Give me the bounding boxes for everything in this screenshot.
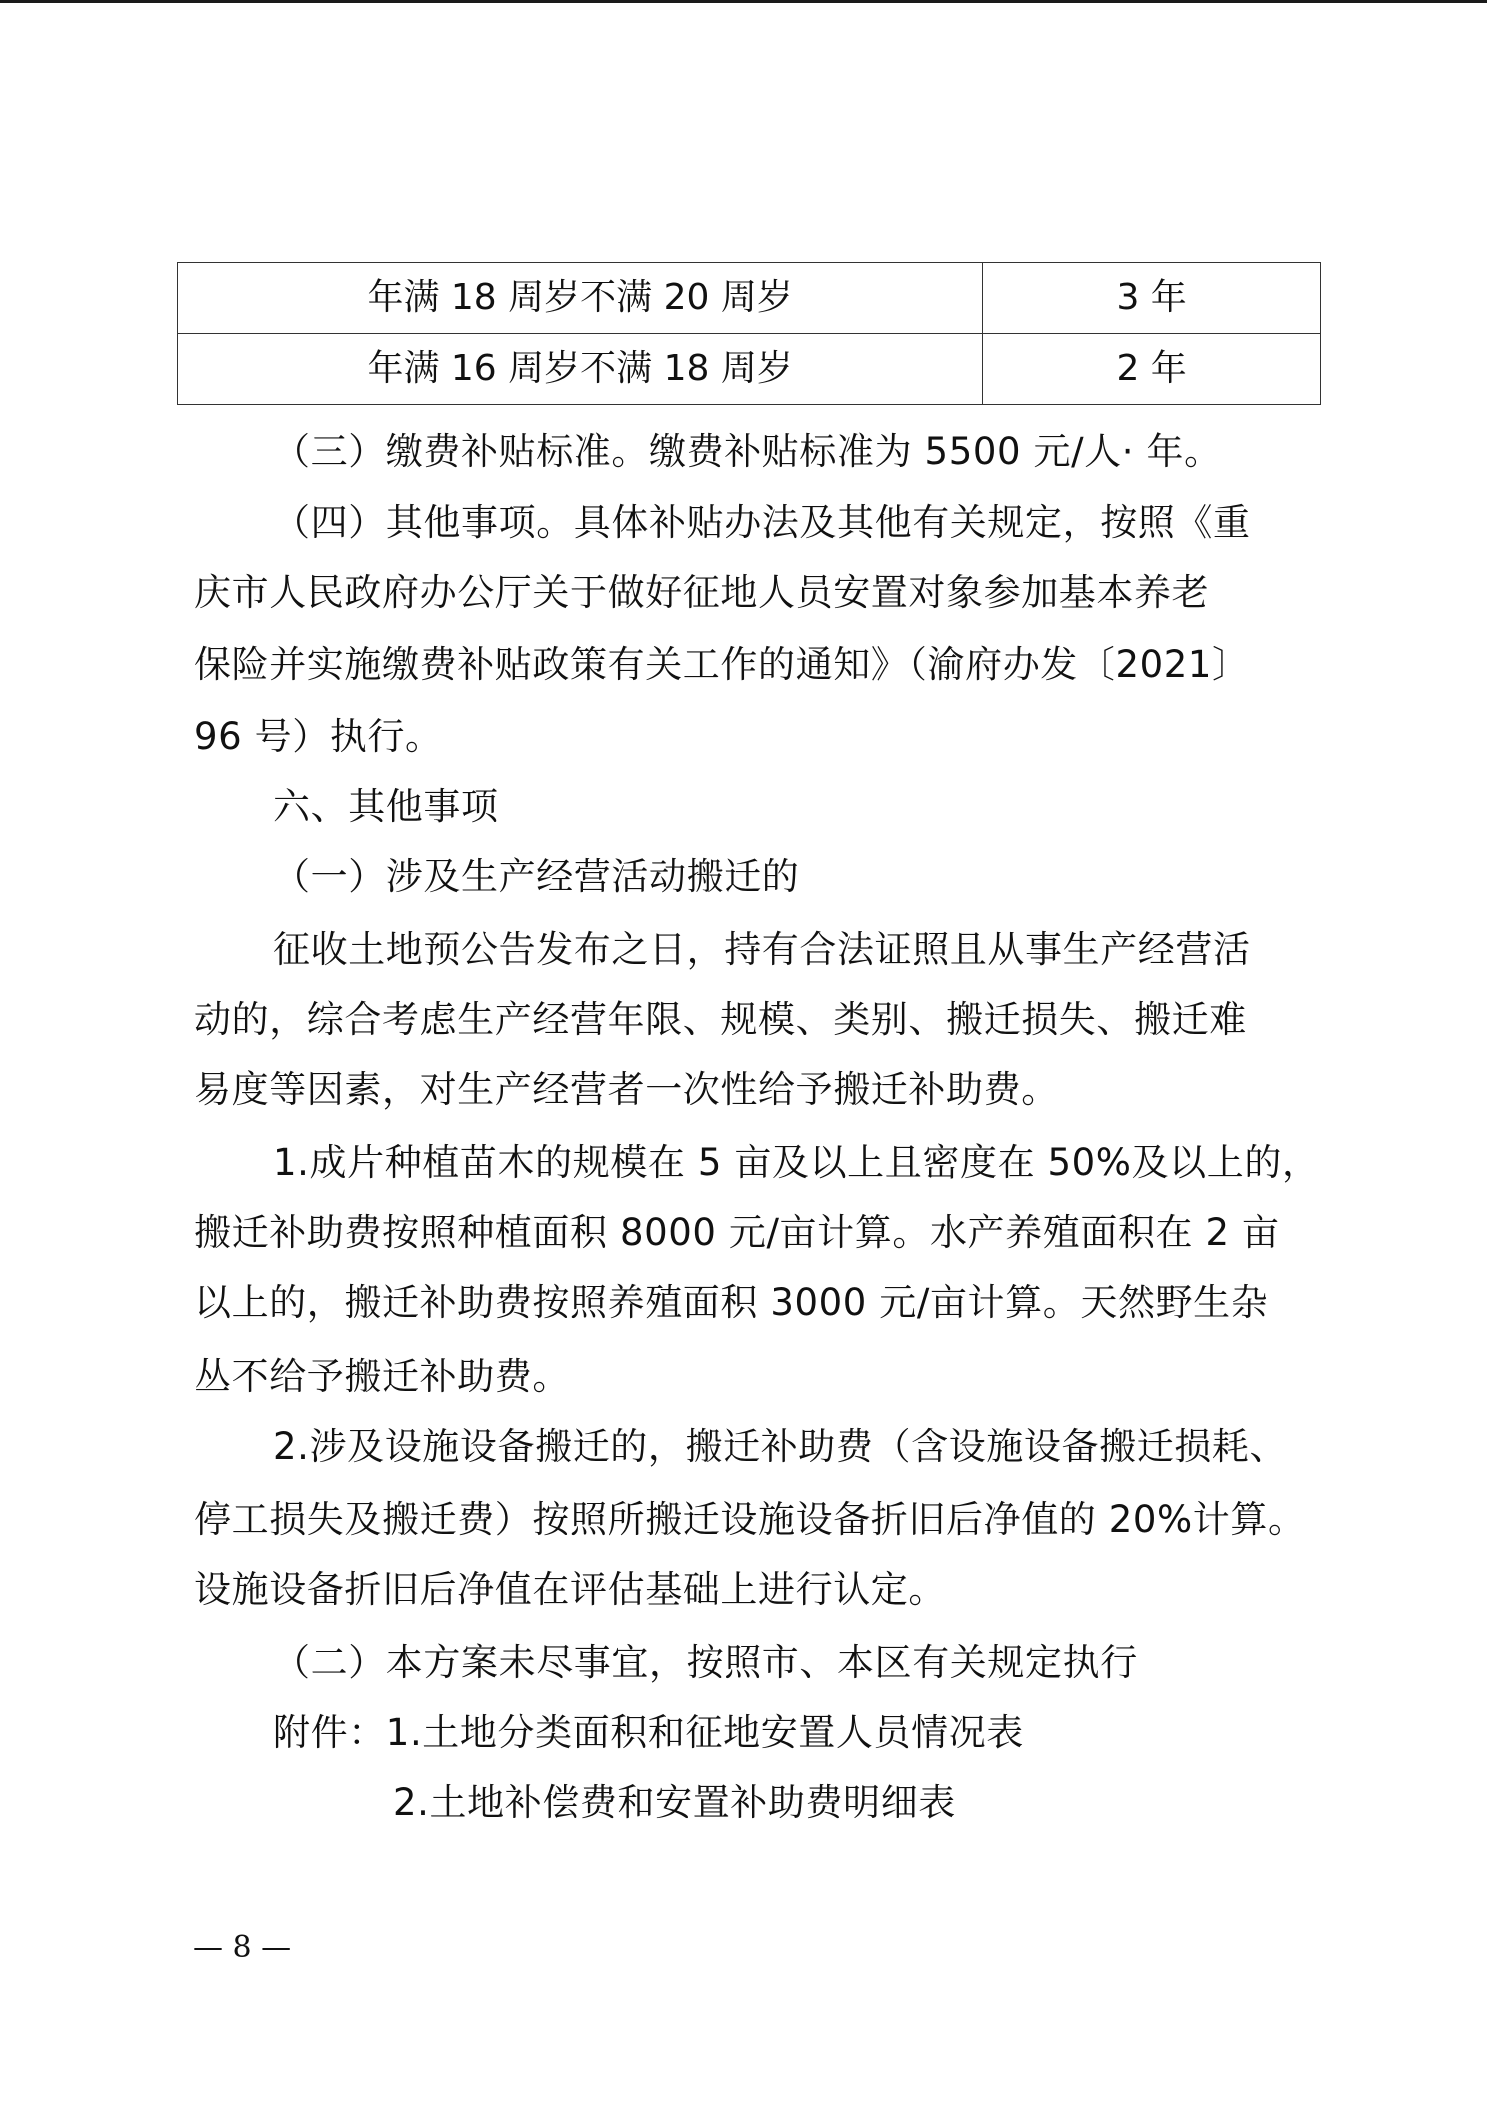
page-number: — 8 — xyxy=(193,1928,291,1968)
table-row: 年满 16 周岁不满 18 周岁 2 年 xyxy=(178,334,1321,405)
relocation-para-line: 易度等因素，对生产经营者一次性给予搬迁补助费。 xyxy=(194,1060,1059,1120)
subsidy-standard-line: （三）缴费补贴标准。缴费补贴标准为 5500 元/人· 年。 xyxy=(273,422,1222,482)
age-condition-cell: 年满 16 周岁不满 18 周岁 xyxy=(178,334,983,405)
section-heading: 六、其他事项 xyxy=(273,777,499,837)
table-row: 年满 18 周岁不满 20 周岁 3 年 xyxy=(178,263,1321,334)
item-2-line: 停工损失及搬迁费）按照所搬迁设施设备折旧后净值的 20%计算。 xyxy=(194,1490,1306,1550)
other-matters-para-line: 保险并实施缴费补贴政策有关工作的通知》（渝府办发〔2021〕 xyxy=(194,635,1250,695)
other-matters-para-line: 庆市人民政府办公厅关于做好征地人员安置对象参加基本养老 xyxy=(194,563,1209,623)
item-1-line: 1.成片种植苗木的规模在 5 亩及以上且密度在 50%及以上的， xyxy=(273,1133,1320,1193)
subsection-heading: （二）本方案未尽事宜，按照市、本区有关规定执行 xyxy=(273,1633,1138,1693)
age-condition-cell: 年满 18 周岁不满 20 周岁 xyxy=(178,263,983,334)
other-matters-para-line: 96 号）执行。 xyxy=(194,707,443,767)
relocation-para-line: 征收土地预公告发布之日，持有合法证照且从事生产经营活 xyxy=(273,920,1251,980)
years-cell: 2 年 xyxy=(983,334,1321,405)
subsection-heading: （一）涉及生产经营活动搬迁的 xyxy=(273,847,799,907)
page-top-border xyxy=(0,0,1487,3)
attachment-2: 2.土地补偿费和安置补助费明细表 xyxy=(393,1773,956,1833)
attachment-1: 附件：1.土地分类面积和征地安置人员情况表 xyxy=(273,1703,1024,1763)
item-1-line: 丛不给予搬迁补助费。 xyxy=(194,1347,570,1407)
item-2-line: 设施设备折旧后净值在评估基础上进行认定。 xyxy=(194,1560,946,1620)
item-1-line: 以上的，搬迁补助费按照养殖面积 3000 元/亩计算。天然野生杂 xyxy=(194,1273,1268,1333)
item-1-line: 搬迁补助费按照种植面积 8000 元/亩计算。水产养殖面积在 2 亩 xyxy=(194,1203,1280,1263)
relocation-para-line: 动的，综合考虑生产经营年限、规模、类别、搬迁损失、搬迁难 xyxy=(194,990,1247,1050)
years-cell: 3 年 xyxy=(983,263,1321,334)
age-years-table: 年满 18 周岁不满 20 周岁 3 年 年满 16 周岁不满 18 周岁 2 … xyxy=(177,262,1321,405)
item-2-line: 2.涉及设施设备搬迁的，搬迁补助费（含设施设备搬迁损耗、 xyxy=(273,1417,1287,1477)
other-matters-para-line: （四）其他事项。具体补贴办法及其他有关规定，按照《重 xyxy=(273,493,1251,553)
